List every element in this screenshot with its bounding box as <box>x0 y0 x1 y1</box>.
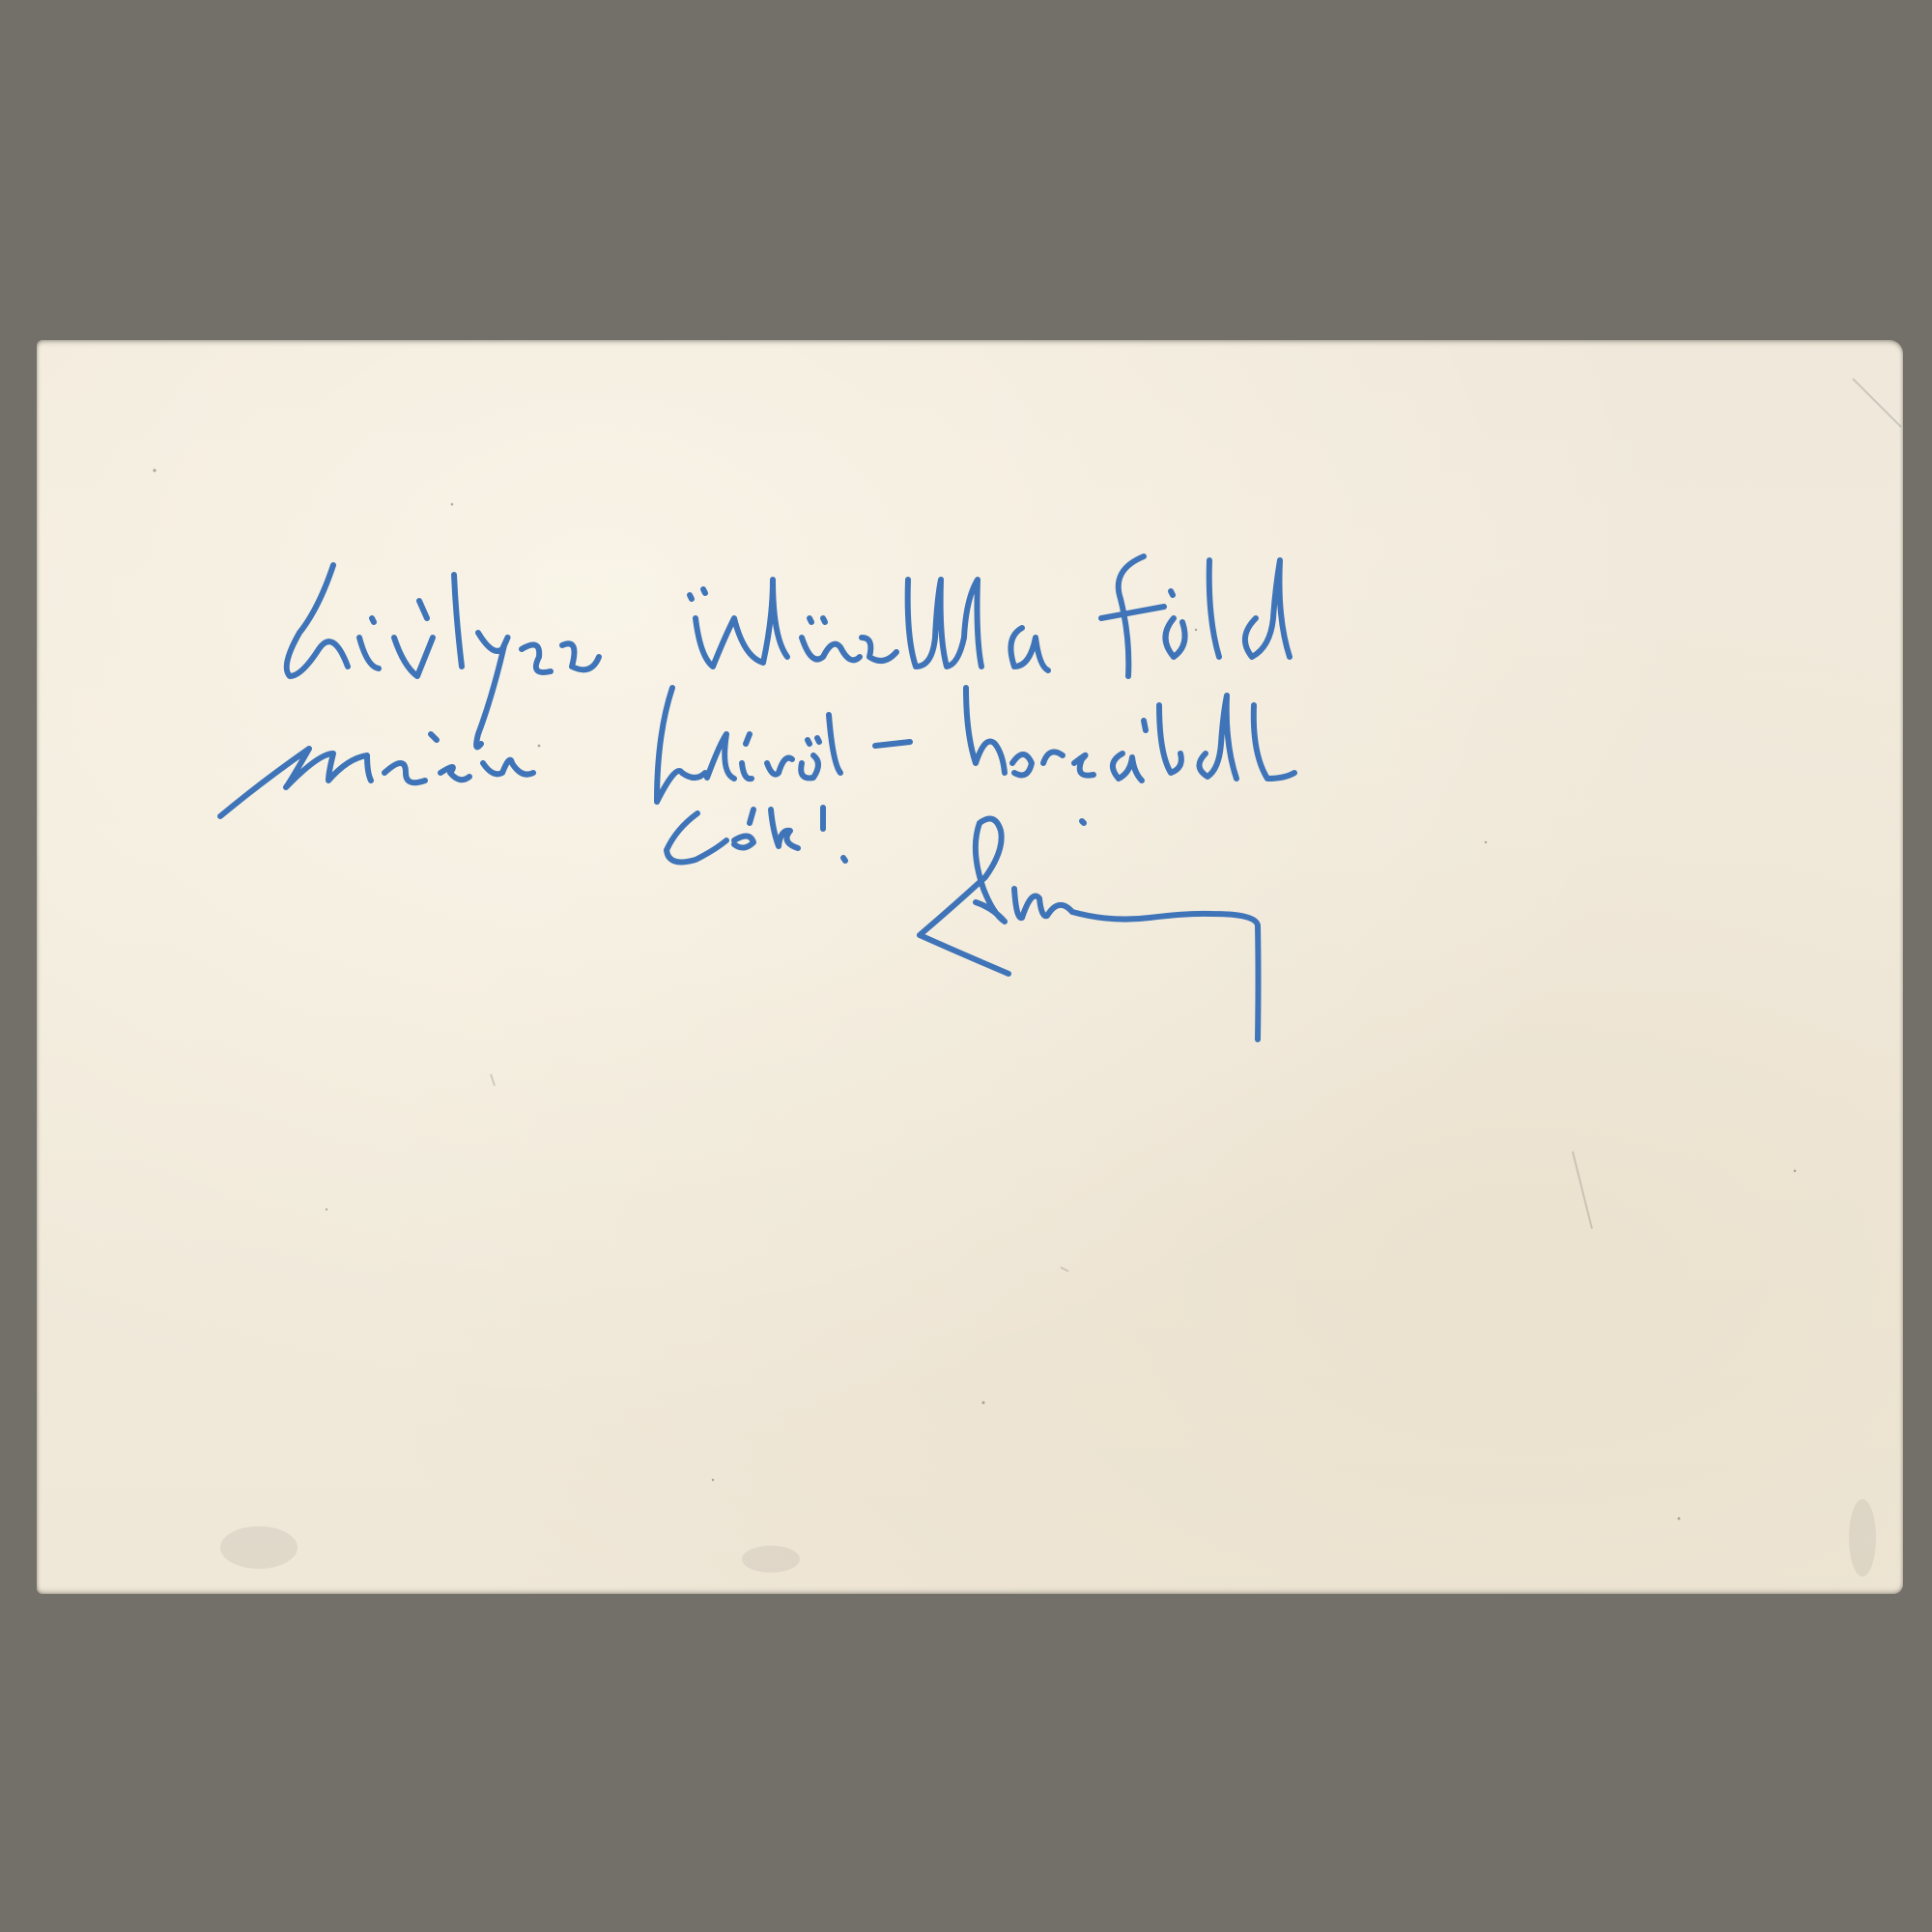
paper-texture <box>37 340 1903 1594</box>
postcard <box>37 340 1903 1594</box>
message-line-1: Szívélyes üdvözletet a föld <box>0 0 1 1</box>
message-transcript: Szívélyes üdvözletet a föld másik felérő… <box>0 0 1 1</box>
